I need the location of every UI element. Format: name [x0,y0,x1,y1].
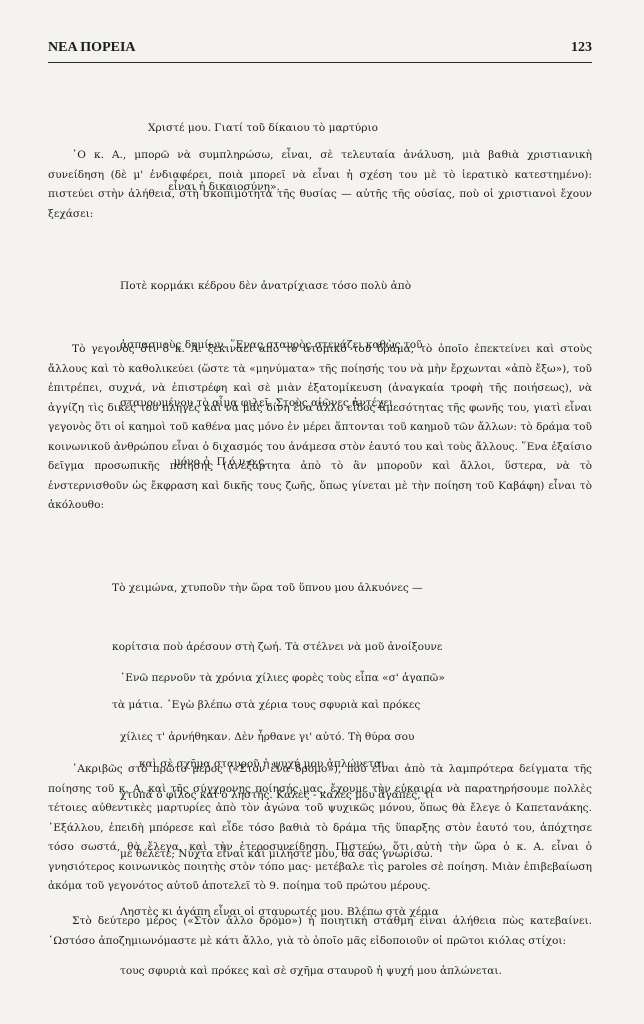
paragraph-4: Στὸ δεύτερο μέρος («Στὸν ἄλλο δρόμο») ἡ … [48,912,592,951]
verse-line: χίλιες τ' ἀρνήθηκαν. Δὲν ἦρθανε γι' αὐτό… [120,728,502,748]
verse-line: Τὸ χειμώνα, χτυποῦν τὴν ὥρα τοῦ ὕπνου μο… [112,579,442,599]
paragraph-text: ᾿Ακριβῶς στὸ πρῶτο μέρος («Στὸν ἕνα δρόμ… [48,760,592,897]
paragraph-text: Τὸ γεγονὸς ὅτι ὁ κ. Α. ξεκινάει ἀπὸ τὸ ἀ… [48,340,592,516]
paragraph-text: ῾Ο κ. Α., μπορῶ νὰ συμπληρώσω, εἶναι, σὲ… [48,146,592,224]
running-header: ΝΕΑ ΠΟΡΕΙΑ 123 [48,40,592,63]
paragraph-3: ᾿Ακριβῶς στὸ πρῶτο μέρος («Στὸν ἕνα δρόμ… [48,760,592,897]
document-page: ΝΕΑ ΠΟΡΕΙΑ 123 Χριστέ μου. Γιατί τοῦ δίκ… [0,0,644,1024]
verse-line: Χριστέ μου. Γιατί τοῦ δίκαιου τὸ μαρτύρι… [148,119,378,139]
paragraph-text: Στὸ δεύτερο μέρος («Στὸν ἄλλο δρόμο») ἡ … [48,912,592,951]
verse-line: ᾿Ενῶ περνοῦν τὰ χρόνια χίλιες φορὲς τοὺς… [120,669,502,689]
verse-line: Ποτὲ κορμάκι κέδρου δὲν ἀνατρίχιασε τόσο… [120,277,423,297]
verse-line: τους σφυριὰ καὶ πρόκες καὶ σὲ σχῆμα σταυ… [120,962,502,982]
paragraph-1: ῾Ο κ. Α., μπορῶ νὰ συμπληρώσω, εἶναι, σὲ… [48,146,592,224]
paragraph-2: Τὸ γεγονὸς ὅτι ὁ κ. Α. ξεκινάει ἀπὸ τὸ ἀ… [48,340,592,516]
journal-title: ΝΕΑ ΠΟΡΕΙΑ [48,40,136,56]
page-number: 123 [571,40,592,56]
